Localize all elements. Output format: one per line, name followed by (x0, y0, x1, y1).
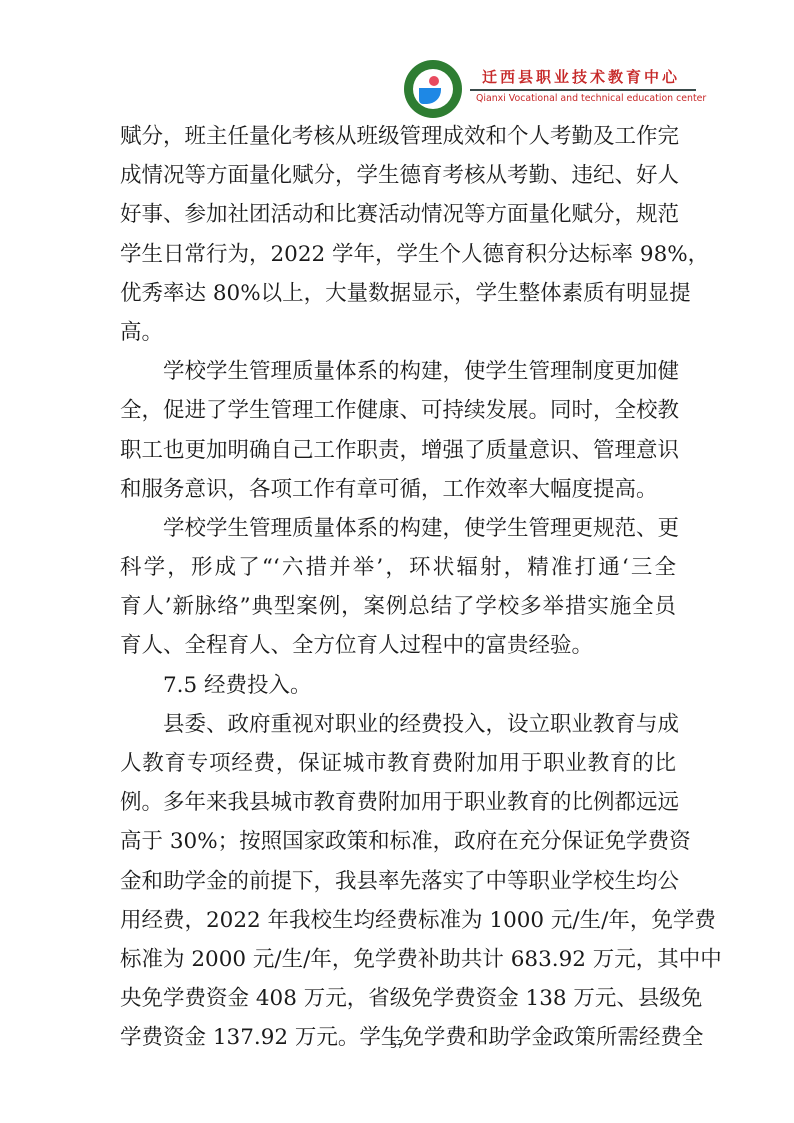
emblem-red-dot (429, 76, 439, 86)
text-line: 金和助学金的前提下，我县率先落实了中等职业学校生均公 (120, 862, 676, 901)
document-body: 赋分，班主任量化考核从班级管理成效和个人考勤及工作完成情况等方面量化赋分，学生德… (120, 117, 676, 1058)
text-line: 全，促进了学生管理工作健康、可持续发展。同时，全校教 (120, 391, 676, 430)
text-line: 央免学费资金 408 万元，省级免学费资金 138 万元、县级免 (120, 979, 676, 1018)
text-line: 标准为 2000 元/生/年，免学费补助共计 683.92 万元，其中中 (120, 940, 676, 979)
institution-name-en: Qianxi Vocational and technical educatio… (476, 93, 706, 104)
text-line: 7.5 经费投入。 (120, 666, 676, 705)
text-line: 县委、政府重视对职业的经费投入，设立职业教育与成 (120, 705, 676, 744)
text-line: 优秀率达 80%以上，大量数据显示，学生整体素质有明显提 (120, 274, 676, 313)
text-line: 学校学生管理质量体系的构建，使学生管理更规范、更 (120, 509, 676, 548)
text-line: 和服务意识，各项工作有章可循，工作效率大幅度提高。 (120, 470, 676, 509)
text-line: 人教育专项经费，保证城市教育费附加用于职业教育的比 (120, 744, 676, 783)
text-line: 职工也更加明确自己工作职责，增强了质量意识、管理意识 (120, 431, 676, 470)
text-line: 高。 (120, 313, 676, 352)
document-header: 迁西县职业技术教育中心 Qianxi Vocational and techni… (404, 58, 696, 120)
text-line: 学生日常行为，2022 学年，学生个人德育积分达标率 98%， (120, 235, 676, 274)
text-line: 育人’新脉络”典型案例，案例总结了学校多举措实施全员 (120, 587, 676, 626)
header-divider (470, 89, 696, 91)
text-line: 高于 30%；按照国家政策和标准，政府在充分保证免学费资 (120, 822, 676, 861)
text-line: 成情况等方面量化赋分，学生德育考核从考勤、违纪、好人 (120, 156, 676, 195)
text-line: 例。多年来我县城市教育费附加用于职业教育的比例都远远 (120, 783, 676, 822)
text-line: 育人、全程育人、全方位育人过程中的富贵经验。 (120, 626, 676, 665)
page-number: 57 (0, 1038, 794, 1051)
institution-name-cn: 迁西县职业技术教育中心 (482, 66, 694, 87)
text-line: 科学，形成了“‘六措并举’，环状辐射，精准打通‘三全 (120, 548, 676, 587)
text-line: 赋分，班主任量化考核从班级管理成效和个人考勤及工作完 (120, 117, 676, 156)
school-emblem-icon (404, 60, 462, 118)
text-line: 用经费，2022 年我校生均经费标准为 1000 元/生/年，免学费 (120, 901, 676, 940)
text-line: 学校学生管理质量体系的构建，使学生管理制度更加健 (120, 352, 676, 391)
text-line: 好事、参加社团活动和比赛活动情况等方面量化赋分，规范 (120, 195, 676, 234)
